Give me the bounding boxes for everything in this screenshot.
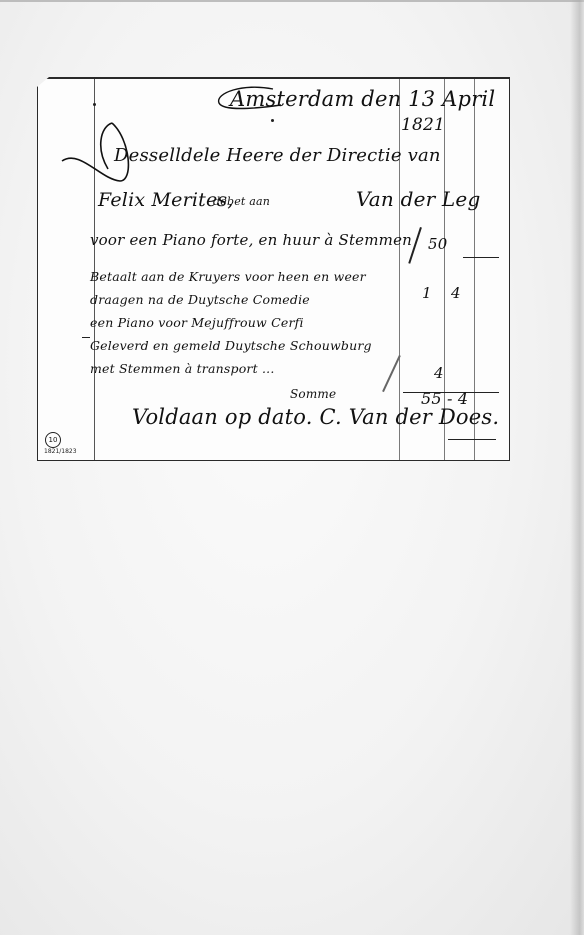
ink-dot [271, 119, 274, 122]
amount-slash [382, 355, 400, 392]
column-rule-right [474, 79, 475, 460]
ink-dot [93, 103, 96, 106]
page-top-edge [0, 0, 584, 2]
place-and-date: Amsterdam den 13 April [230, 87, 495, 111]
entry-line-6: met Stemmen à transport ... [90, 361, 275, 376]
entry-line-5: Geleverd en gemeld Duytsche Schouwburg [90, 338, 372, 353]
creditor-name: Van der Leg [356, 187, 480, 211]
entry-dash [82, 337, 90, 338]
entry-line-4: een Piano voor Mejuffrouw Cerfi [90, 315, 304, 330]
amount-guilders-3: 4 [434, 364, 444, 382]
debit-text: debet aan [213, 195, 270, 208]
paid-signature: Voldaan op dato. C. Van der Does. [132, 405, 499, 429]
amount-dash [463, 257, 499, 258]
amount-guilders-2: 1 [422, 284, 432, 302]
sum-label: Somme [290, 387, 336, 401]
page-right-shadow [570, 0, 584, 935]
column-rule-guilders-left [399, 79, 400, 460]
receipt-card: Amsterdam den 13 April 1821 Desselldele … [37, 77, 510, 461]
signature-underline [448, 439, 496, 440]
archive-number-stamp: 10 [45, 432, 61, 448]
entry-line-2: Betaalt aan de Kruyers voor heen en weer [90, 269, 366, 284]
entry-line-1: voor een Piano forte, en huur à Stemmen [90, 231, 412, 249]
amount-guilders-1: 50 [428, 235, 448, 253]
entry-line-3: draagen na de Duytsche Comedie [90, 292, 310, 307]
archive-year-range: 1821/1823 [44, 448, 77, 455]
amount-stuivers-2: 4 [451, 284, 461, 302]
year: 1821 [401, 115, 445, 135]
addressee-line-1: Desselldele Heere der Directie van [114, 145, 441, 166]
